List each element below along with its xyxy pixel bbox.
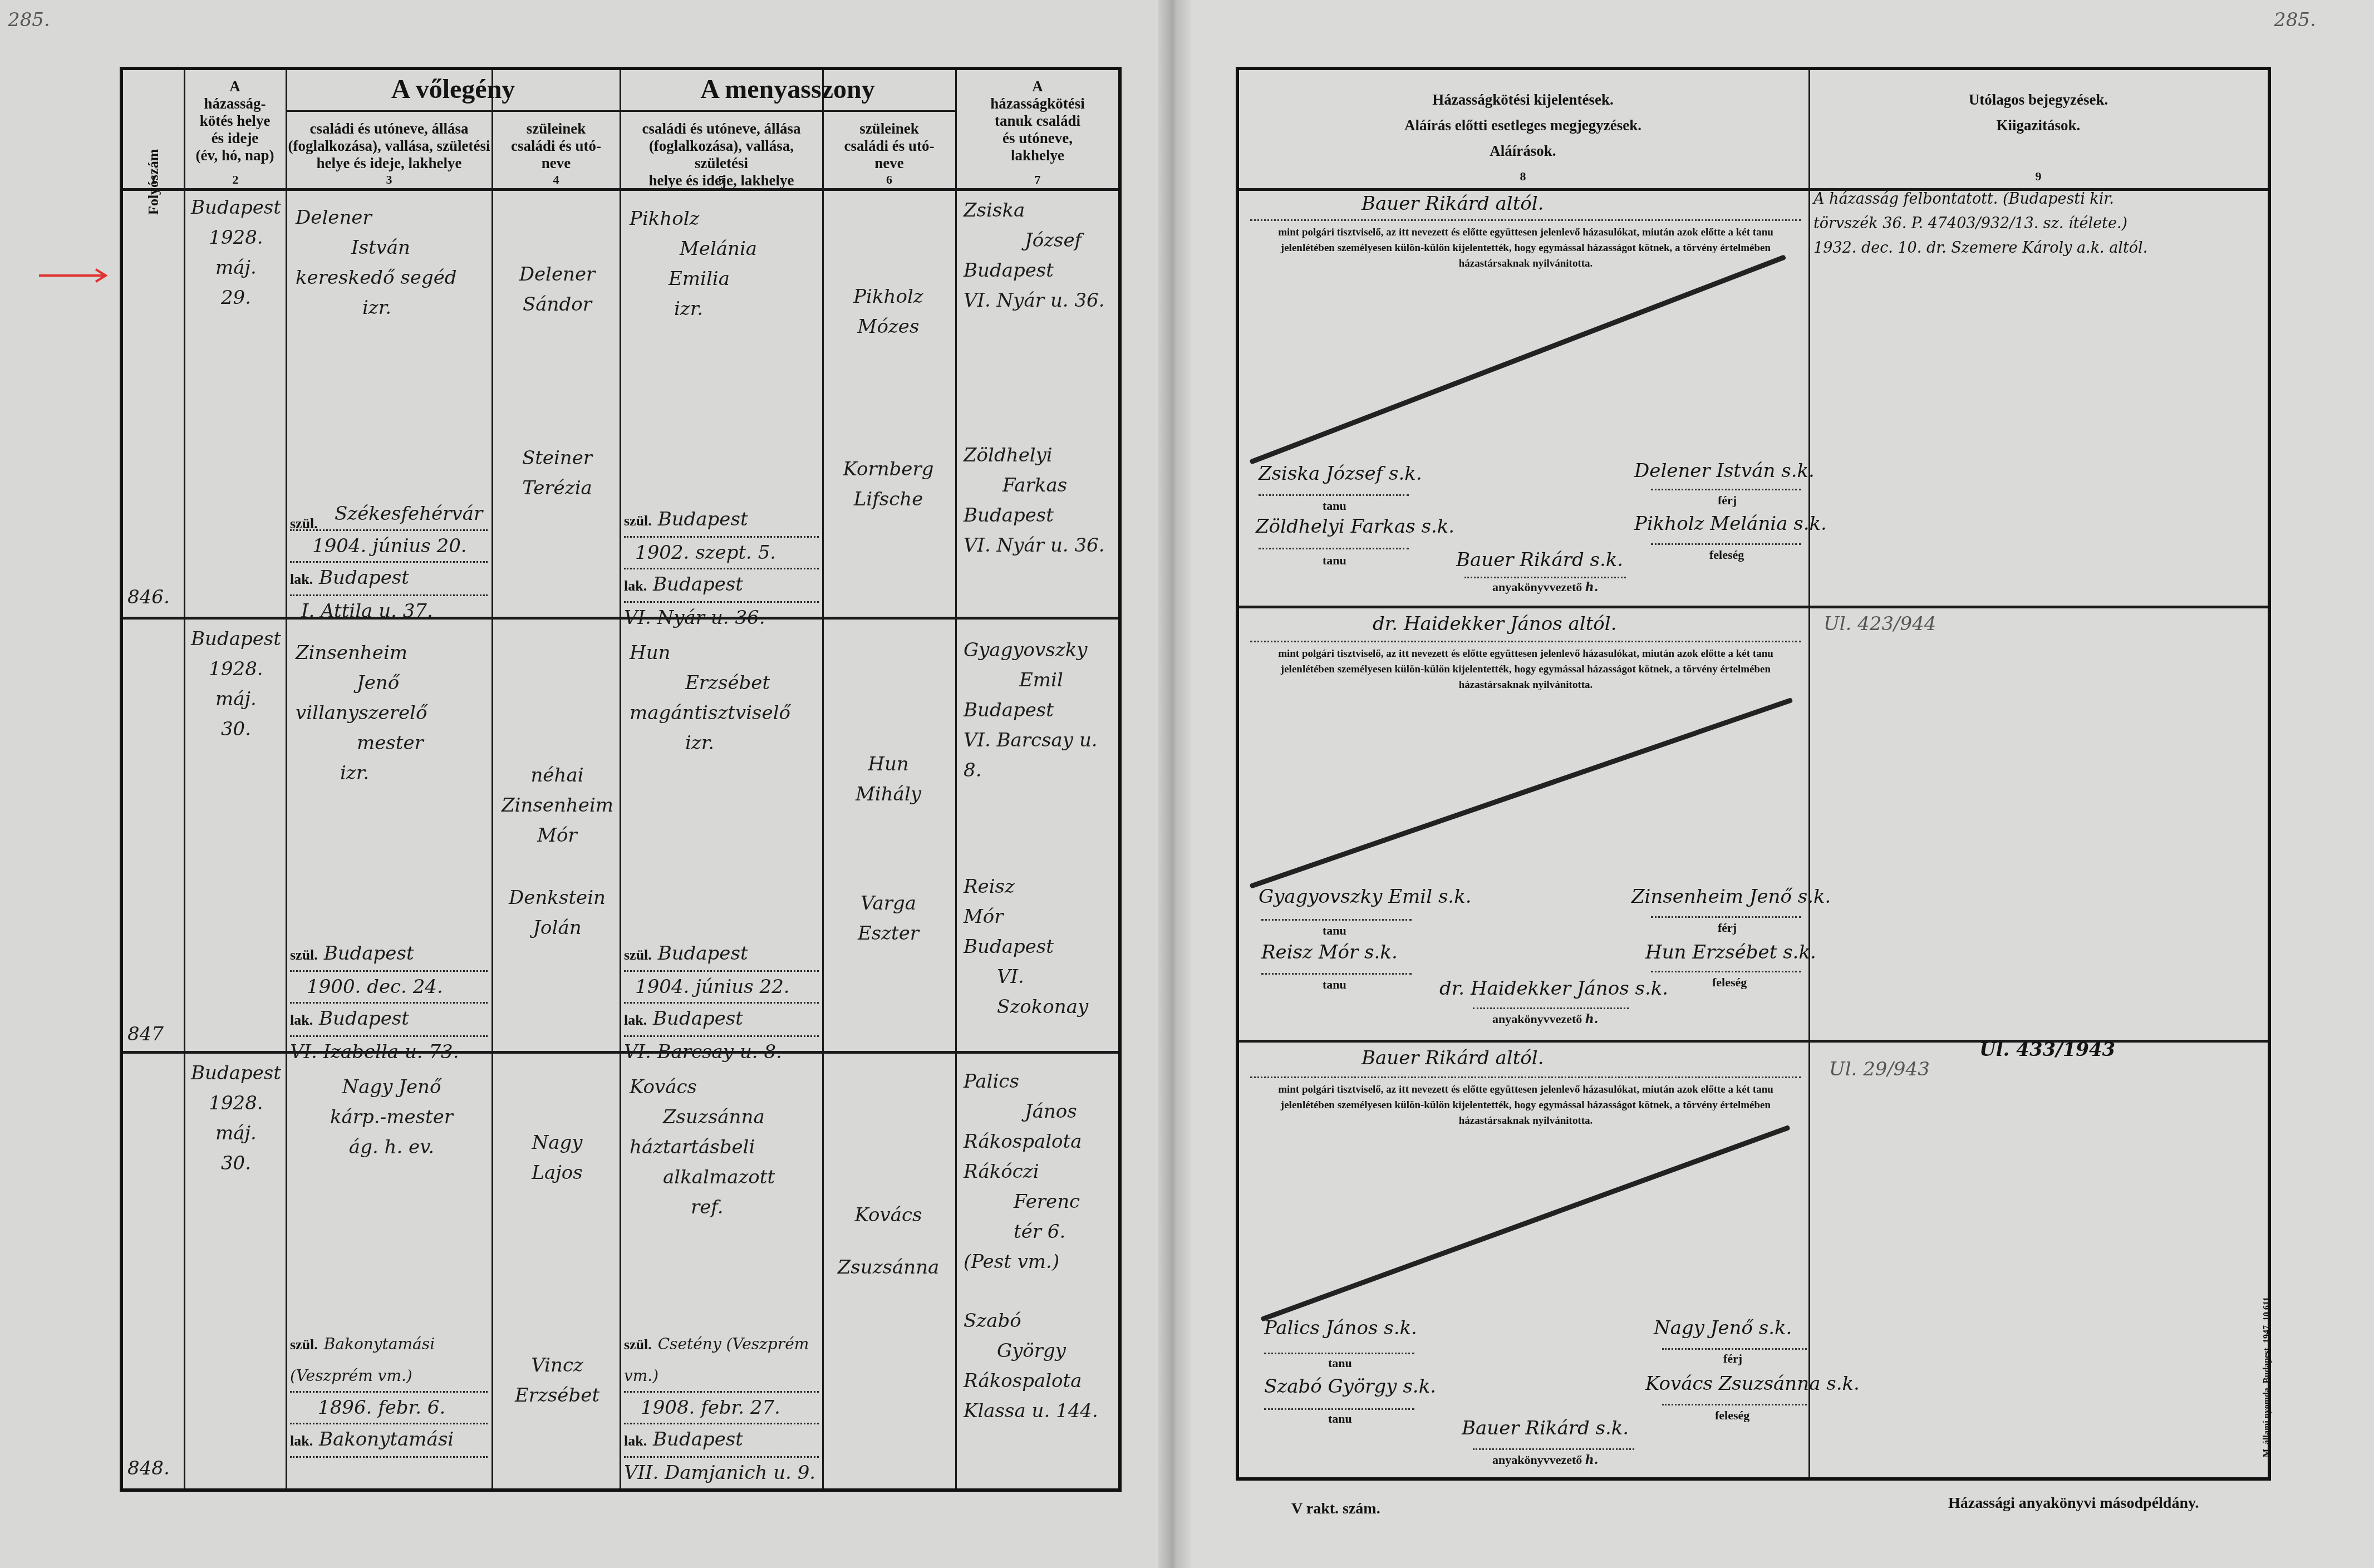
- header-col8: Házasságkötési kijelentések.Aláírás előt…: [1239, 87, 1807, 164]
- right-register-table: Házasságkötési kijelentések.Aláírás előt…: [1236, 67, 2271, 1481]
- bride-birth-date: 1902. szept. 5.: [624, 538, 819, 569]
- groom-details: DelenerIstvánkereskedő segédizr.: [296, 203, 488, 323]
- bride-residence: Budapest: [653, 1428, 743, 1451]
- header-col4: szüleinekcsaládi és utó-neve: [493, 120, 619, 172]
- groom-parents: DelenerSándor: [502, 259, 613, 320]
- wife-signature: Pikholz Melánia s.k.: [1634, 513, 1827, 535]
- marriage-place-date: Budapest1928.máj.29.: [189, 193, 283, 313]
- col-number-9: 9: [1810, 169, 2267, 184]
- witnesses: ZsiskaJózsefBudapestVI. Nyár u. 36.: [964, 195, 1114, 316]
- col-number-3: 3: [287, 173, 491, 187]
- bride-birth-place: Budapest: [658, 942, 748, 965]
- red-arrow-icon: [38, 267, 110, 284]
- husband-signature: Nagy Jenő s.k.: [1654, 1317, 1792, 1339]
- printer-imprint: M. állami nyomda. Budapest. 1947. 10.611…: [2262, 1295, 2272, 1457]
- wife-label: feleség: [1709, 548, 1744, 562]
- husband-label: férj: [1718, 493, 1737, 508]
- bride-residence: Budapest: [653, 1007, 743, 1030]
- witness1-signature: Zsiska József s.k.: [1259, 463, 1422, 485]
- footer-document-title: Házassági anyakönyvi másodpéldány.: [1948, 1495, 2199, 1512]
- header-col6: szüleinekcsaládi és utó-neve: [824, 120, 955, 172]
- entry-number: 846.: [127, 582, 170, 612]
- header-groom-group: A vőlegény: [287, 75, 619, 105]
- husband-signature: Delener István s.k.: [1634, 460, 1815, 482]
- bride-residence: Budapest: [653, 573, 743, 596]
- col-number-2: 2: [185, 173, 286, 187]
- witness2-signature: Zöldhelyi Farkas s.k.: [1256, 515, 1454, 538]
- witness2-signature: Reisz Mór s.k.: [1261, 941, 1398, 964]
- groom-details: ZinsenheimJenővillanyszerelőmesterizr.: [296, 638, 488, 788]
- header-col7: Aházasságkötésitanuk családiés utóneve,l…: [957, 78, 1118, 164]
- page-number-right: 285.: [2274, 9, 2316, 31]
- bride-parents: HunMihály: [830, 749, 947, 809]
- bride-parents: PikholzMózes: [830, 282, 947, 342]
- left-register-table: Folyószám Aházasság-kötés helyeés ideje(…: [120, 67, 1122, 1492]
- groom-residence: Bakonytamási: [319, 1428, 454, 1451]
- witness1-signature: Gyagyovszky Emil s.k.: [1259, 886, 1472, 908]
- officiant-name: dr. Haidekker János altól.: [1373, 613, 1616, 635]
- residence-label: lak.: [290, 571, 313, 587]
- subsequent-note-stamp: Ul. 433/1943: [1979, 1039, 2115, 1061]
- groom-birth-place: Budapest: [324, 942, 414, 965]
- registrar-signature: Bauer Rikárd s.k.: [1462, 1417, 1629, 1439]
- book-gutter: [1158, 0, 1191, 1568]
- witness-label: tanu: [1323, 499, 1346, 513]
- declaration-text: mint polgári tisztviselő, az itt nevezet…: [1250, 1082, 1801, 1129]
- bride-birth-place: Budapest: [658, 508, 748, 530]
- declaration-text: mint polgári tisztviselő, az itt nevezet…: [1250, 225, 1801, 272]
- header-col9: Utólagos bejegyzések.Kiigazitások.: [1810, 87, 2267, 138]
- header-col3: családi és utóneve, állása(foglalkozása)…: [287, 120, 491, 172]
- bride-details: HunErzsébetmagántisztviselőizr.: [630, 638, 819, 758]
- witness2-signature: Szabó György s.k.: [1264, 1375, 1436, 1398]
- strike-line: [1250, 697, 1793, 889]
- born-label: szül.: [290, 515, 318, 532]
- entry-number: 848.: [127, 1453, 170, 1483]
- col-number-1: 1: [123, 173, 184, 187]
- declaration-text: mint polgári tisztviselő, az itt nevezet…: [1250, 646, 1801, 693]
- header-bride-group: A menyasszony: [621, 75, 954, 105]
- entry-number: 847: [127, 1019, 164, 1049]
- wife-signature: Kovács Zsuzsánna s.k.: [1645, 1373, 1860, 1395]
- bride-details: KovácsZsuzsánnaháztartásbelialkalmazottr…: [630, 1072, 819, 1222]
- bride-details: PikholzMelániaEmiliaizr.: [630, 204, 819, 324]
- page-number-left: 285.: [8, 9, 50, 31]
- col-number-4: 4: [493, 173, 619, 187]
- bride-parents: KovácsZsuzsánna: [830, 1200, 947, 1282]
- witnesses: GyagyovszkyEmilBudapestVI. Barcsay u. 8.: [964, 635, 1114, 785]
- header-folyoszam: Folyószám: [145, 109, 162, 215]
- col-number-8: 8: [1239, 169, 1807, 184]
- husband-signature: Zinsenheim Jenő s.k.: [1631, 886, 1831, 908]
- groom-parents: néhaiZinsenheimMór: [502, 760, 613, 851]
- groom-parents: NagyLajos: [502, 1128, 613, 1188]
- subsequent-note: Ul. 423/944: [1823, 613, 1936, 635]
- groom-birth-date: 1900. dec. 24.: [290, 972, 488, 1004]
- marriage-place-date: Budapest1928.máj.30.: [189, 624, 283, 744]
- officiant-name: Bauer Rikárd altól.: [1362, 1047, 1544, 1069]
- registrar-signature: Bauer Rikárd s.k.: [1456, 549, 1623, 571]
- footer-storage-number: V rakt. szám.: [1291, 1500, 1380, 1518]
- groom-details: Nagy Jenőkárp.-mesterág. h. ev.: [296, 1072, 488, 1162]
- officiant-name: Bauer Rikárd altól.: [1362, 193, 1544, 215]
- groom-residence: Budapest: [319, 567, 409, 589]
- header-col2: Aházasság-kötés helyeés ideje(év, hó, na…: [185, 78, 284, 164]
- subsequent-note: Ul. 29/943: [1829, 1058, 1930, 1080]
- bride-birth-place: Csetény (Veszprém vm.): [624, 1335, 809, 1385]
- strike-line: [1249, 254, 1786, 465]
- strike-line: [1260, 1125, 1790, 1322]
- col-number-7: 7: [957, 173, 1118, 187]
- witnesses: PalicsJánosRákospalotaRákócziFerenctér 6…: [964, 1066, 1114, 1277]
- marriage-place-date: Budapest1928.máj.30.: [189, 1058, 283, 1178]
- groom-birth-date: 1904. június 20.: [290, 531, 488, 563]
- subsequent-note: A házasság felbontatott. (Budapesti kir.…: [1813, 187, 2147, 260]
- registrar-label: anyakönyvvezető h.: [1492, 580, 1598, 594]
- wife-signature: Hun Erzsébet s.k.: [1645, 941, 1816, 964]
- bride-birth-date: 1908. febr. 27.: [624, 1393, 819, 1424]
- groom-birth-date: 1896. febr. 6.: [290, 1393, 488, 1424]
- bride-birth-date: 1904. június 22.: [624, 972, 819, 1004]
- registrar-signature: dr. Haidekker János s.k.: [1439, 977, 1668, 1000]
- groom-residence: Budapest: [319, 1007, 409, 1030]
- witness1-signature: Palics János s.k.: [1264, 1317, 1417, 1339]
- col-number-6: 6: [824, 173, 955, 187]
- col-number-5: 5: [621, 173, 822, 187]
